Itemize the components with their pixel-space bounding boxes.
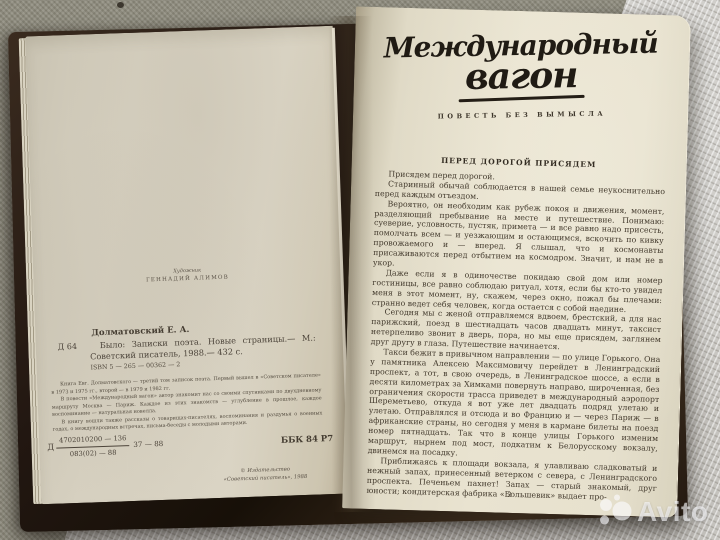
- bbk-code: ББК 84 Р7: [281, 434, 334, 446]
- book-photo-scene: Художник ГЕННАДИЙ АЛИМОВ Долматовский Е.…: [0, 0, 720, 540]
- right-page: Международный вагон ПОВЕСТЬ БЕЗ ВЫМЫСЛА …: [342, 6, 691, 517]
- avito-logo-icon: [597, 494, 633, 530]
- catalog-denominator: 083(02) — 88: [56, 446, 130, 460]
- body-paragraph: Вероятно, он необходим как рубеж покоя и…: [373, 199, 665, 276]
- left-page: Художник ГЕННАДИЙ АЛИМОВ Долматовский Е.…: [25, 26, 349, 504]
- bib-row: Д 64 Было: Записки поэта. Новые страницы…: [58, 332, 321, 372]
- catalog-fraction: 4702010200 — 136 083(02) — 88: [56, 433, 130, 460]
- avito-watermark: Avito: [597, 494, 708, 530]
- subtitle: ПОВЕСТЬ БЕЗ ВЫМЫСЛА: [355, 109, 689, 123]
- background-speck: [117, 2, 124, 8]
- catalog-code: Д 64: [58, 342, 78, 352]
- catalog-suffix: 37 — 88: [133, 439, 163, 449]
- body-paragraph: Такси бежит в привычном направлении — по…: [368, 347, 661, 464]
- bibliographic-block: Долматовский Е. А. Д 64 Было: Записки по…: [57, 320, 320, 372]
- catalog-letter: Д: [47, 443, 54, 453]
- title-block: Международный вагон ПОВЕСТЬ БЕЗ ВЫМЫСЛА: [353, 28, 688, 122]
- copyright-notice: © Издательство «Советский писатель», 198…: [190, 464, 340, 486]
- watermark-text: Avito: [637, 496, 708, 528]
- artist-credit: Художник ГЕННАДИЙ АЛИМОВ: [33, 262, 341, 290]
- body-paragraphs: Присядем перед дорогой. Старинный обычай…: [366, 169, 665, 503]
